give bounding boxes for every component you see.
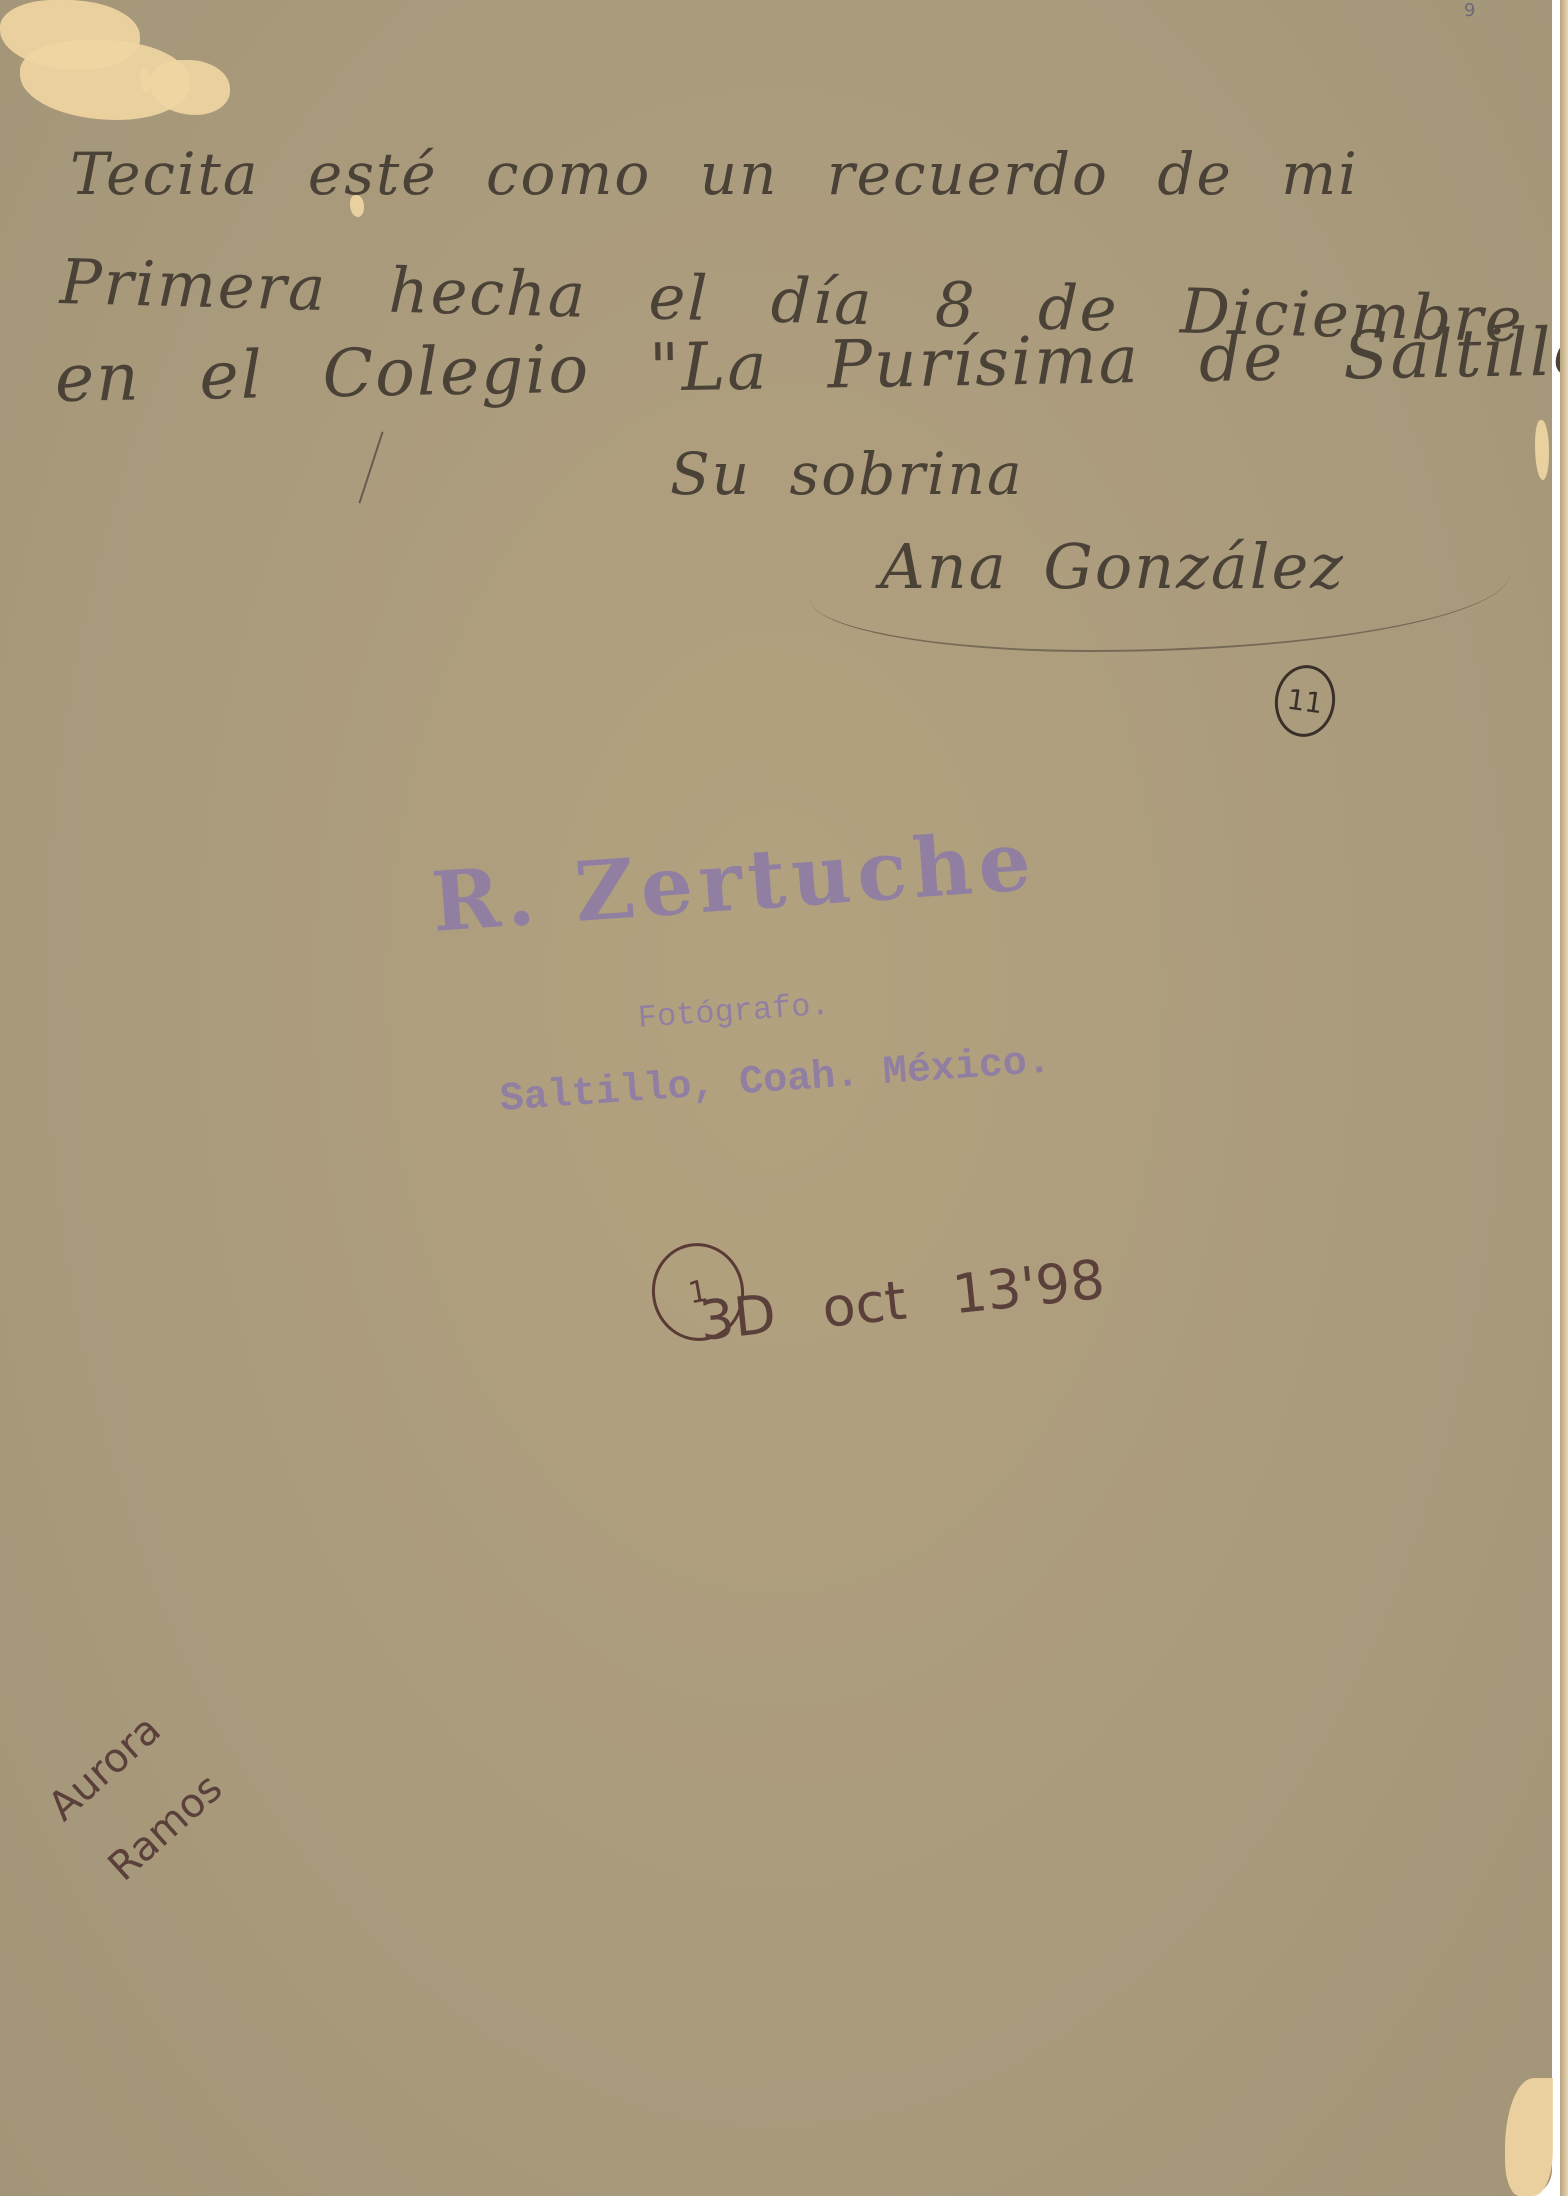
photographer-stamp-name: R. Zertuche [429,813,1040,951]
photographer-stamp-place: Saltillo, Coah. México. [498,1040,1052,1123]
dedication-line-3: en el Colegio "La Purísima de Saltillo" [54,313,1568,417]
corner-mark: 9 [1464,0,1475,21]
dedication-line-1: Tecita esté como un recuerdo de mi [70,140,1359,208]
photo-card-back: 9 Tecita esté como un recuerdo de mi Pri… [0,0,1552,2196]
signature: Ana González [880,530,1345,603]
dedication-closing: Su sobrina [670,440,1024,508]
circled-number-11: 11 [1270,661,1339,741]
paper-damage-bottom-right [1505,2078,1553,2196]
photographer-stamp-title: Fotógrafo. [637,987,831,1037]
paper-damage-small [140,68,150,92]
pen-stroke [358,432,383,504]
circled-number-11-text: 11 [1285,682,1325,720]
paper-damage-right-edge [1535,420,1549,480]
archival-date-note: 3D oct 13'98 [697,1248,1108,1353]
card-right-edge [1560,0,1568,2196]
